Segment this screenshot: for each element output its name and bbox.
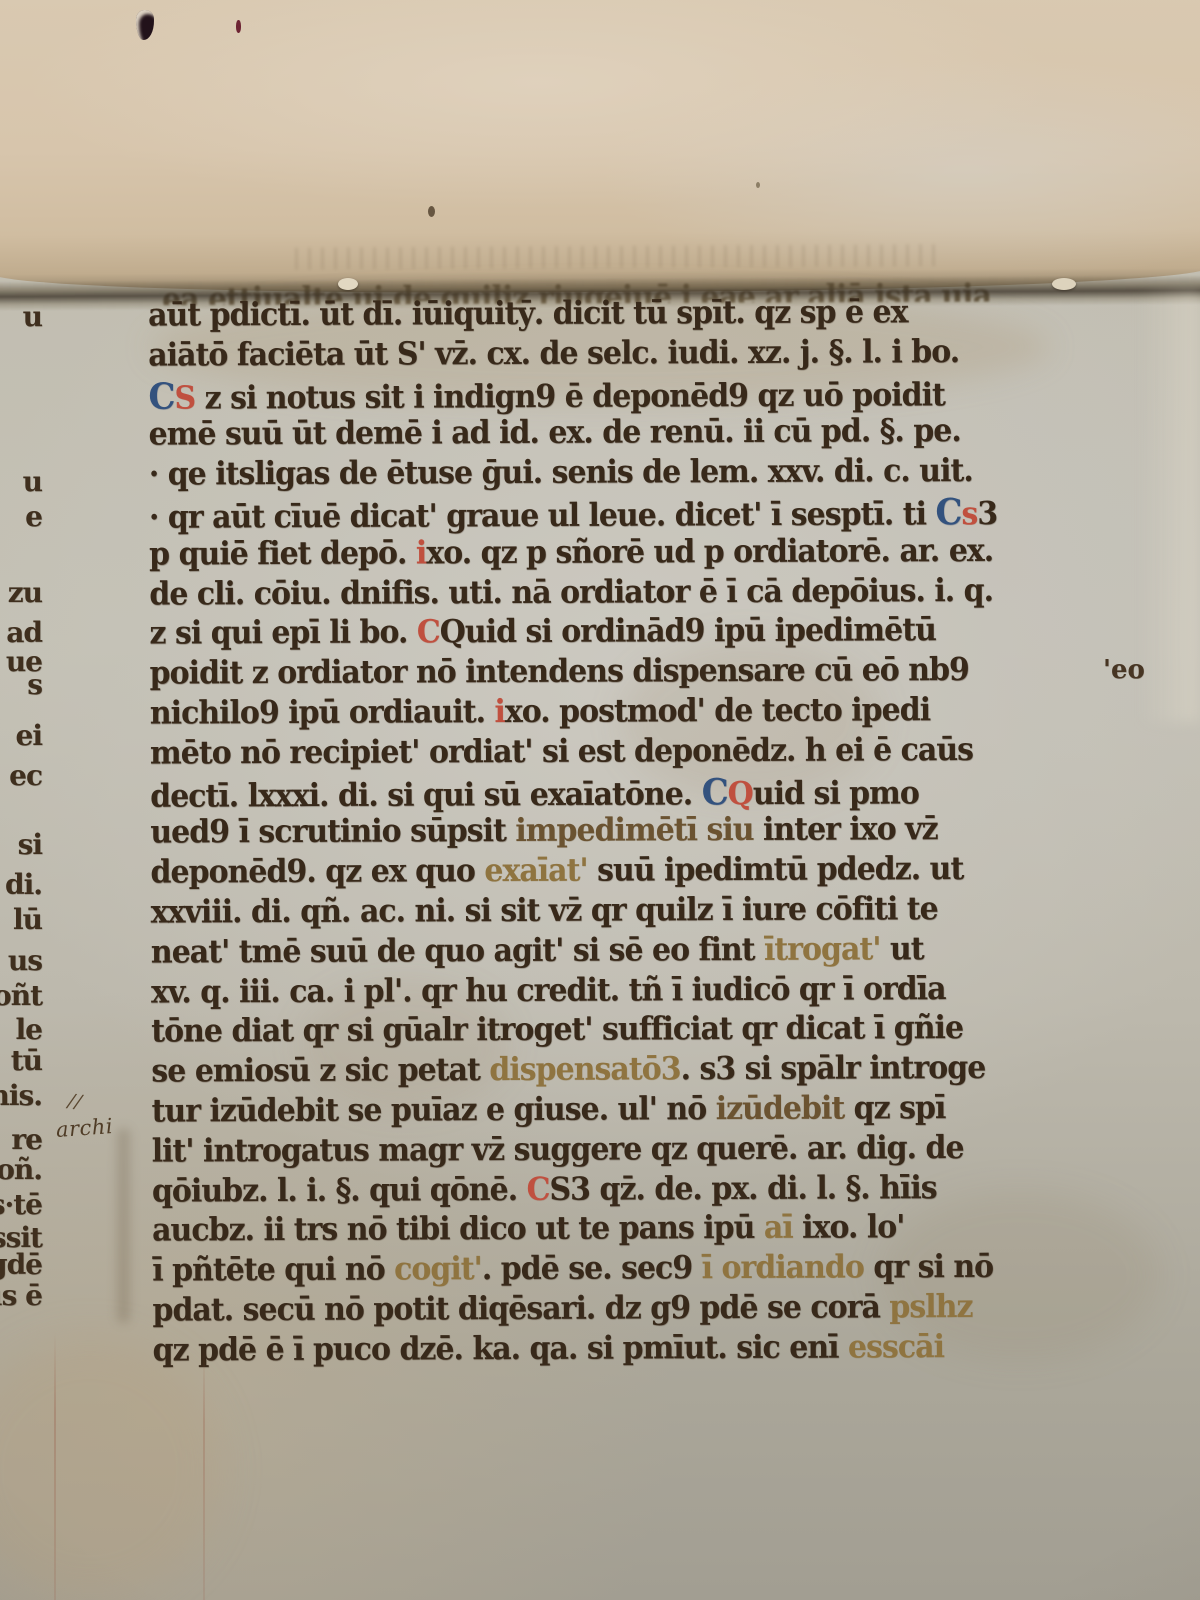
- text-line: tōne diat qr si gūalr itroget' sufficiat…: [151, 1011, 963, 1051]
- text-segment: ixo. lo': [793, 1209, 905, 1247]
- right-edge-highlight: [1140, 292, 1200, 722]
- text-line: neat' tmē suū de quo agit' si sē eo fint…: [151, 931, 924, 970]
- text-line: · qe itsligas de ētuse ḡui. senis de lem…: [149, 454, 973, 494]
- left-column-fragment: si: [0, 828, 42, 861]
- left-column-fragment: e: [0, 500, 42, 533]
- text-segment: z si qui epī li bo.: [149, 614, 417, 652]
- text-line: z si qui epī li bo. CQuid si ordinād9 ip…: [149, 613, 936, 652]
- text-line: qōiubz. l. i. §. qui qōnē. CS3 qz̄. de. …: [152, 1170, 937, 1209]
- left-column-fragment: tū: [0, 1044, 42, 1077]
- left-column-fragment: ossit: [0, 1221, 42, 1254]
- left-column-fragment: oñ.: [0, 1153, 42, 1186]
- gloss-text: archi: [55, 1114, 114, 1142]
- text-segment: ī ordiando: [702, 1249, 864, 1287]
- text-line: emē suū ūt demē i ad id. ex. de renū. ii…: [149, 414, 961, 454]
- ruling-line: [54, 1332, 56, 1600]
- text-line: · qr aūt cīuē dicat' graue ul leue. dice…: [149, 493, 997, 536]
- text-segment: aūt pdictī. ūt dī. iūiquitȳ. dicit tū sp…: [148, 294, 908, 334]
- text-segment: i: [416, 535, 427, 572]
- text-line: de cli. cōiu. dnifis. uti. nā ordiator ē…: [149, 573, 993, 613]
- text-segment: ī pñtēte qui nō: [152, 1251, 394, 1289]
- text-segment: s: [961, 496, 977, 533]
- text-segment: xo. qz p sñorē ud p ordiatorē. ar. ex.: [426, 532, 993, 572]
- text-segment: S3 qz̄. de. px. di. l. §. hīis: [549, 1169, 936, 1208]
- left-column-fragment: egdē: [0, 1248, 42, 1281]
- ink-speck: [756, 182, 760, 188]
- text-line: poidit z ordiator nō intendens dispensar…: [150, 653, 969, 693]
- parchment-tear: [1052, 278, 1076, 290]
- text-segment: qz spī: [844, 1089, 945, 1127]
- text-segment: impedimētī siu: [515, 812, 753, 850]
- text-segment: dectī. lxxxi. di. si qui sū exaīatōne.: [150, 775, 702, 815]
- text-line: ued9 ī scrutinio sūpsit impedimētī siu i…: [150, 812, 937, 851]
- text-segment: C: [702, 770, 728, 813]
- text-segment: deponēd9. qz ex quo: [150, 853, 484, 892]
- text-line: nichilo9 ipū ordiauit. ixo. postmod' de …: [150, 693, 930, 732]
- text-segment: pdat. secū nō potit diqēsari. dz g9 pdē …: [152, 1289, 889, 1329]
- text-line: aucbz. ii trs nō tibi dico ut te pans ip…: [152, 1210, 904, 1249]
- text-segment: z si notus sit i indign9 ē deponēd9 qz u…: [195, 376, 945, 416]
- margin-gloss-eo: 'eo: [1103, 655, 1145, 685]
- left-column-fragment: ue: [0, 645, 42, 678]
- text-segment: xv. q. iii. ca. i pl'. qr hu credit. tñ …: [151, 970, 946, 1011]
- left-column-fragment: ad: [0, 616, 42, 649]
- left-column-fragment: us·tē: [0, 1188, 42, 1221]
- text-segment: i: [494, 693, 505, 730]
- text-line: pdat. secū nō potit diqēsari. dz g9 pdē …: [152, 1289, 972, 1329]
- ruling-line: [203, 1345, 205, 1600]
- text-segment: exaīat': [484, 852, 587, 890]
- manuscript-page-photo: ea ettiualte ui de quiliz riugeiuē i eae…: [0, 0, 1200, 1600]
- left-column-fragment: ius ē: [0, 1279, 42, 1312]
- text-segment: C: [148, 374, 174, 417]
- text-segment: Q: [728, 775, 753, 812]
- left-column-fragment: re: [0, 1123, 42, 1156]
- left-column-fragment: ec: [0, 759, 42, 792]
- parchment-tear: [338, 278, 358, 290]
- text-segment: ītrogat': [764, 931, 881, 969]
- text-line: mēto nō recipiet' ordiat' si est deponēd…: [150, 732, 973, 772]
- text-segment: neat' tmē suū de quo agit' si sē eo fint: [151, 931, 764, 971]
- left-column-fragment: ei: [0, 719, 42, 752]
- text-segment: dispensatō3: [489, 1051, 680, 1089]
- text-segment: se emiosū z sic petat: [151, 1052, 489, 1091]
- text-segment: p quiē fiet depō.: [149, 535, 416, 573]
- text-segment: lit' introgatus magr vz̄ suggere qz quer…: [152, 1129, 964, 1170]
- left-column-fragment: le: [0, 1013, 42, 1046]
- text-segment: 3: [977, 495, 997, 532]
- main-text-block: aūt pdictī. ūt dī. iūiquitȳ. dicit tū sp…: [148, 294, 1063, 1358]
- left-column-fragment: lū: [0, 903, 42, 936]
- text-segment: xxviii. di. qñ. ac. ni. si sit vz̄ qr qu…: [151, 891, 938, 932]
- text-line: aiātō faciēta ūt S' vz̄. cx. de selc. iu…: [148, 334, 959, 374]
- text-segment: xo. postmod' de tecto ipedi: [505, 692, 930, 731]
- text-line: dectī. lxxxi. di. si qui sū exaīatōne. C…: [150, 772, 919, 815]
- text-segment: C: [935, 490, 961, 533]
- text-line: se emiosū z sic petat dispensatō3. s3 si…: [151, 1051, 985, 1091]
- margin-gloss-archi: //archi: [55, 1114, 114, 1142]
- left-column-fragment: zu: [0, 576, 42, 609]
- text-line: aūt pdictī. ūt dī. iūiquitȳ. dicit tū sp…: [148, 295, 908, 334]
- left-column-fragment: di.: [0, 868, 42, 901]
- text-line: xv. q. iii. ca. i pl'. qr hu credit. tñ …: [151, 971, 946, 1011]
- text-segment: aiātō faciēta ūt S' vz̄. cx. de selc. iu…: [148, 333, 959, 374]
- red-speck: [236, 20, 241, 33]
- margin-shadow-streak: [117, 1128, 130, 1323]
- text-segment: esscāi: [848, 1328, 944, 1366]
- left-column-fragment: u: [0, 465, 42, 498]
- show-through-text-band: [295, 244, 935, 269]
- text-line: p quiē fiet depō. ixo. qz p sñorē ud p o…: [149, 533, 993, 573]
- text-segment: mēto nō recipiet' ordiat' si est deponēd…: [150, 731, 973, 772]
- text-segment: cogit': [394, 1251, 482, 1288]
- text-segment: . s3 si spālr introge: [680, 1049, 985, 1087]
- text-segment: pslhz: [889, 1288, 972, 1325]
- text-line: CS z si notus sit i indign9 ē deponēd9 q…: [148, 374, 945, 417]
- insertion-mark: //: [67, 1090, 84, 1114]
- text-segment: C: [417, 614, 440, 651]
- text-segment: emē suū ūt demē i ad id. ex. de renū. ii…: [149, 413, 961, 454]
- left-column-fragment: oñt: [0, 979, 42, 1012]
- text-segment: aī: [764, 1210, 793, 1247]
- text-segment: ued9 ī scrutinio sūpsit: [150, 813, 515, 852]
- text-segment: qr si nō: [864, 1248, 993, 1286]
- ink-speck: [428, 206, 435, 217]
- text-segment: nichilo9 ipū ordiauit.: [150, 693, 495, 732]
- text-segment: qz pdē ē ī puco dzē. ka. qa. si pmīut. s…: [153, 1329, 849, 1369]
- text-segment: inter ixo vz̄: [753, 811, 937, 849]
- text-line: ī pñtēte qui nō cogit'. pdē se. sec9 ī o…: [152, 1250, 993, 1290]
- text-segment: S: [174, 380, 195, 417]
- text-segment: izūdebit: [716, 1090, 845, 1128]
- text-segment: uid si pmo: [753, 774, 919, 812]
- text-segment: qōiubz. l. i. §. qui qōnē.: [152, 1171, 527, 1210]
- text-segment: C: [526, 1171, 549, 1208]
- text-line: lit' introgatus magr vz̄ suggere qz quer…: [152, 1130, 964, 1170]
- left-column-fragment: s: [0, 668, 42, 701]
- text-segment: ut: [880, 930, 923, 967]
- text-segment: . pdē se. sec9: [482, 1250, 702, 1288]
- parchment-stain: [0, 1340, 220, 1600]
- text-segment: aucbz. ii trs nō tibi dico ut te pans ip…: [152, 1210, 764, 1250]
- text-segment: suū ipedimtū pdedz. ut: [588, 851, 964, 890]
- text-segment: · qr aūt cīuē dicat' graue ul leue. dice…: [149, 496, 936, 537]
- text-segment: de cli. cōiu. dnifis. uti. nā ordiator ē…: [149, 572, 993, 613]
- left-column-fragment: us: [0, 944, 42, 977]
- text-line: qz pdē ē ī puco dzē. ka. qa. si pmīut. s…: [153, 1329, 944, 1368]
- text-line: tur izūdebit se puīaz e giuse. ul' nō iz…: [151, 1091, 945, 1131]
- left-column-fragment: nis.: [0, 1079, 42, 1112]
- text-segment: tur izūdebit se puīaz e giuse. ul' nō: [151, 1090, 715, 1130]
- text-segment: · qe itsligas de ētuse ḡui. senis de lem…: [149, 453, 973, 494]
- text-segment: tōne diat qr si gūalr itroget' sufficiat…: [151, 1010, 963, 1051]
- text-line: deponēd9. qz ex quo exaīat' suū ipedimtū…: [150, 852, 963, 892]
- text-segment: Quid si ordinād9 ipū ipedimētū: [440, 612, 936, 651]
- text-line: xxviii. di. qñ. ac. ni. si sit vz̄ qr qu…: [151, 892, 938, 931]
- text-segment: poidit z ordiator nō intendens dispensar…: [150, 652, 969, 693]
